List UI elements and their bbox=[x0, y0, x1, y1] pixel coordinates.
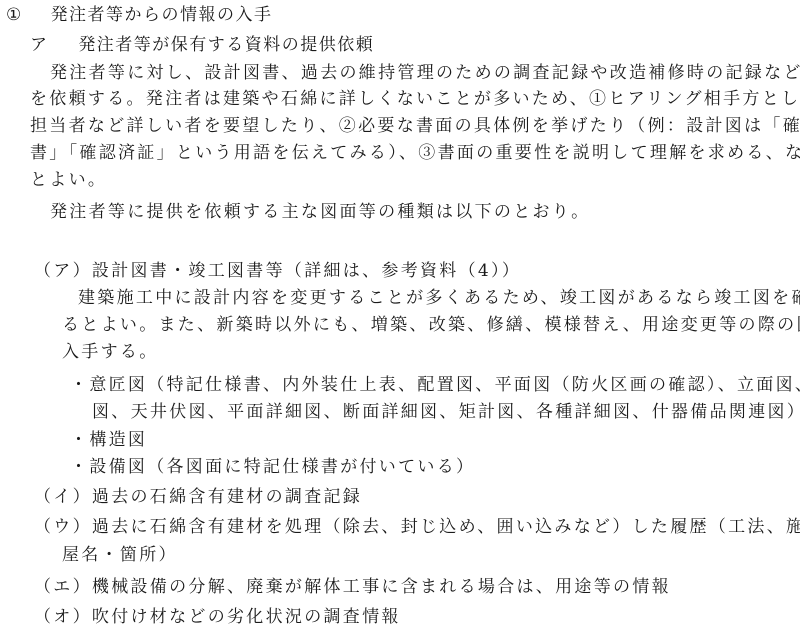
bullet-equipment-drawings: ・設備図（各図面に特記仕様書が付いている） bbox=[70, 456, 475, 478]
bullet-design-drawings-cont: 図、天井伏図、平面詳細図、断面詳細図、矩計図、各種詳細図、什器備品関連図） bbox=[92, 401, 800, 423]
intro-line-1: 発注者等に対し、設計図書、過去の維持管理のための調査記録や改造補修時の記録などの… bbox=[50, 62, 800, 84]
bullet-mark: ・ bbox=[70, 457, 89, 477]
bullet-structural-drawings: ・構造図 bbox=[70, 429, 147, 451]
subsection-marker: ア bbox=[30, 35, 49, 55]
item-a-marker: （ア） bbox=[34, 261, 92, 281]
bullet-mark: ・ bbox=[70, 375, 89, 395]
section-title: 発注者等からの情報の入手 bbox=[51, 5, 273, 25]
item-i-text: 過去の石綿含有建材の調査記録 bbox=[92, 487, 362, 507]
subsection-heading: ア 発注者等が保有する資料の提供依頼 bbox=[30, 34, 374, 56]
intro-line-4: 書」「確認済証」という用語を伝えてみる）、③書面の重要性を説明して理解を求める、… bbox=[30, 142, 800, 164]
bullet-mark: ・ bbox=[70, 430, 89, 450]
item-e: （エ）機械設備の分解、廃棄が解体工事に含まれる場合は、用途等の情報 bbox=[34, 576, 671, 598]
item-u-marker: （ウ） bbox=[34, 517, 92, 537]
item-a-body-line-1: 建築施工中に設計内容を変更することが多くあるため、竣工図があるなら竣工図を確認す bbox=[78, 287, 800, 309]
item-i-marker: （イ） bbox=[34, 487, 92, 507]
item-u: （ウ）過去に石綿含有建材を処理（除去、封じ込め、囲い込みなど）した履歴（工法、施… bbox=[34, 516, 800, 538]
bullet-design-drawings: ・意匠図（特記仕様書、内外装仕上表、配置図、平面図（防火区画の確認）、立面図、断… bbox=[70, 374, 800, 396]
intro-line-2: を依頼する。発注者は建築や石綿に詳しくないことが多いため、①ヒアリング相手方とし… bbox=[30, 88, 800, 110]
item-e-marker: （エ） bbox=[34, 577, 92, 597]
item-o-marker: （オ） bbox=[34, 607, 92, 627]
intro-line-3: 担当者など詳しい者を要望したり、②必要な書面の具体例を挙げたり（例：設計図は「確… bbox=[30, 115, 800, 137]
intro-lead: 発注者等に提供を依頼する主な図面等の種類は以下のとおり。 bbox=[50, 201, 590, 223]
section-heading: ① 発注者等からの情報の入手 bbox=[6, 4, 273, 26]
item-a-body-line-3: 入手する。 bbox=[62, 341, 159, 363]
item-a-title: 設計図書・竣工図書等（詳細は、参考資料（4）） bbox=[92, 261, 521, 281]
item-o-text: 吹付け材などの劣化状況の調査情報 bbox=[92, 607, 401, 627]
item-u-text: 過去に石綿含有建材を処理（除去、封じ込め、囲い込みなど）した履歴（工法、施工日、… bbox=[92, 517, 800, 537]
section-number: ① bbox=[6, 5, 23, 25]
item-i: （イ）過去の石綿含有建材の調査記録 bbox=[34, 486, 362, 508]
item-o: （オ）吹付け材などの劣化状況の調査情報 bbox=[34, 606, 401, 628]
item-e-text: 機械設備の分解、廃棄が解体工事に含まれる場合は、用途等の情報 bbox=[92, 577, 671, 597]
subsection-title: 発注者等が保有する資料の提供依頼 bbox=[78, 35, 374, 55]
item-u-cont: 屋名・箇所） bbox=[62, 544, 178, 566]
bullet-text: 意匠図（特記仕様書、内外装仕上表、配置図、平面図（防火区画の確認）、立面図、断面 bbox=[89, 375, 800, 395]
bullet-text: 構造図 bbox=[89, 430, 147, 450]
item-a-body-line-2: るとよい。また、新築時以外にも、増築、改築、修繕、模様替え、用途変更等の際の図面… bbox=[62, 314, 800, 336]
item-a-heading: （ア）設計図書・竣工図書等（詳細は、参考資料（4）） bbox=[34, 260, 521, 282]
intro-line-5: とよい。 bbox=[30, 169, 107, 191]
bullet-text: 設備図（各図面に特記仕様書が付いている） bbox=[89, 457, 475, 477]
